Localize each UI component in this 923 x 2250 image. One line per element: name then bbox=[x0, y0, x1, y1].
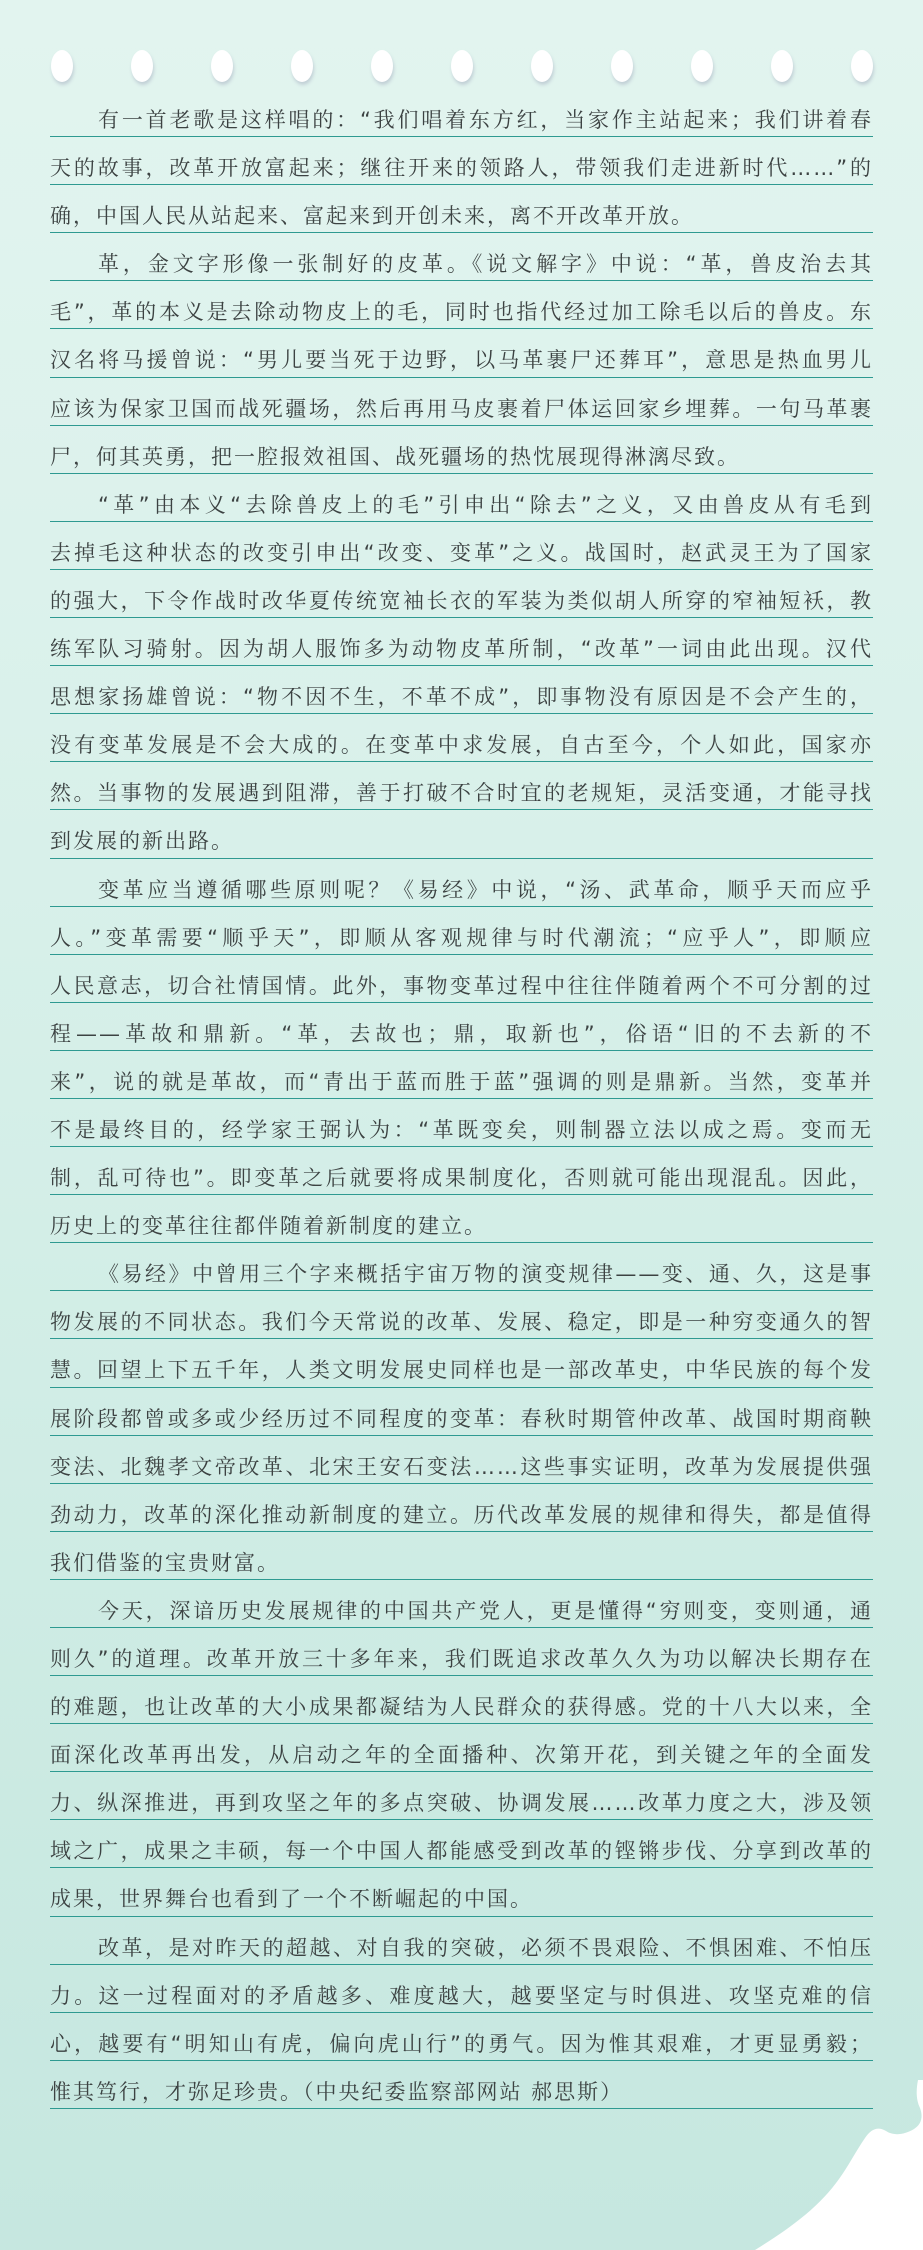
text-line: 人。”变革需要“顺乎天”，即顺从客观规律与时代潮流；“应乎人”，即顺应 bbox=[50, 907, 873, 955]
text-line: 历史上的变革往往都伴随着新制度的建立。 bbox=[50, 1195, 873, 1243]
binder-hole bbox=[611, 50, 633, 82]
text-line: 练军队习骑射。因为胡人服饰多为动物皮革所制，“改革”一词由此出现。汉代 bbox=[50, 618, 873, 666]
binder-hole bbox=[131, 50, 153, 82]
text-line: 变法、北魏孝文帝改革、北宋王安石变法……这些事实证明，改革为发展提供强 bbox=[50, 1436, 873, 1484]
text-line: 力、纵深推进，再到攻坚之年的多点突破、协调发展……改革力度之大，涉及领 bbox=[50, 1772, 873, 1820]
text-line: 程——革故和鼎新。“革，去故也；鼎，取新也”，俗语“旧的不去新的不 bbox=[50, 1003, 873, 1051]
paragraph: 有一首老歌是这样唱的：“我们唱着东方红，当家作主站起来；我们讲着春天的故事，改革… bbox=[50, 89, 873, 233]
text-line: 今天，深谙历史发展规律的中国共产党人，更是懂得“穷则变，变则通，通 bbox=[50, 1580, 873, 1628]
text-line: 心，越要有“明知山有虎，偏向虎山行”的勇气。因为惟其艰难，才更显勇毅； bbox=[50, 2013, 873, 2061]
text-line: 毛”，革的本义是去除动物皮上的毛，同时也指代经过加工除毛以后的兽皮。东 bbox=[50, 281, 873, 329]
text-line: 尸，何其英勇，把一腔报效祖国、战死疆场的热忱展现得淋漓尽致。 bbox=[50, 426, 873, 474]
text-line: 我们借鉴的宝贵财富。 bbox=[50, 1532, 873, 1580]
text-line: 变革应当遵循哪些原则呢？《易经》中说，“汤、武革命，顺乎天而应乎 bbox=[50, 859, 873, 907]
text-line: 去掉毛这种状态的改变引申出“改变、变革”之义。战国时，赵武灵王为了国家 bbox=[50, 522, 873, 570]
text-line: 汉名将马援曾说：“男儿要当死于边野，以马革裹尸还葬耳”，意思是热血男儿 bbox=[50, 329, 873, 377]
text-line: 制，乱可待也”。即变革之后就要将成果制度化，否则就可能出现混乱。因此， bbox=[50, 1147, 873, 1195]
paragraph: 变革应当遵循哪些原则呢？《易经》中说，“汤、武革命，顺乎天而应乎人。”变革需要“… bbox=[50, 859, 873, 1244]
article-body: 有一首老歌是这样唱的：“我们唱着东方红，当家作主站起来；我们讲着春天的故事，改革… bbox=[50, 89, 873, 2109]
text-line: 然。当事物的发展遇到阻滞，善于打破不合时宜的老规矩，灵活变通，才能寻找 bbox=[50, 762, 873, 810]
text-line: 不是最终目的，经学家王弼认为：“革既变矣，则制器立法以成之焉。变而无 bbox=[50, 1099, 873, 1147]
text-line: 确，中国人民从站起来、富起来到开创未来，离不开改革开放。 bbox=[50, 185, 873, 233]
text-line: 劲动力，改革的深化推动新制度的建立。历代改革发展的规律和得失，都是值得 bbox=[50, 1484, 873, 1532]
binder-hole bbox=[451, 50, 473, 82]
page-corner-curve bbox=[723, 2080, 923, 2250]
text-line: 面深化改革再出发，从启动之年的全面播种、次第开花，到关键之年的全面发 bbox=[50, 1724, 873, 1772]
binder-hole bbox=[851, 50, 873, 82]
text-line: 人民意志，切合社情国情。此外，事物变革过程中往往伴随着两个不可分割的过 bbox=[50, 955, 873, 1003]
notebook-page: { "page": { "background_top_color": "#e2… bbox=[0, 0, 923, 2250]
text-line: 应该为保家卫国而战死疆场，然后再用马皮裹着尸体运回家乡埋葬。一句马革裹 bbox=[50, 378, 873, 426]
paragraph: “革”由本义“去除兽皮上的毛”引申出“除去”之义，又由兽皮从有毛到去掉毛这种状态… bbox=[50, 474, 873, 859]
binder-hole bbox=[211, 50, 233, 82]
paragraph: 今天，深谙历史发展规律的中国共产党人，更是懂得“穷则变，变则通，通则久”的道理。… bbox=[50, 1580, 873, 1917]
text-line: 思想家扬雄曾说：“物不因不生，不革不成”，即事物没有原因是不会产生的， bbox=[50, 666, 873, 714]
text-line: 的强大，下令作战时改华夏传统宽袖长衣的军装为类似胡人所穿的窄袖短袄，教 bbox=[50, 570, 873, 618]
text-line: 有一首老歌是这样唱的：“我们唱着东方红，当家作主站起来；我们讲着春 bbox=[50, 89, 873, 137]
text-line: 则久”的道理。改革开放三十多年来，我们既追求改革久久为功以解决长期存在 bbox=[50, 1628, 873, 1676]
text-line: “革”由本义“去除兽皮上的毛”引申出“除去”之义，又由兽皮从有毛到 bbox=[50, 474, 873, 522]
text-line: 成果，世界舞台也看到了一个不断崛起的中国。 bbox=[50, 1868, 873, 1916]
text-line: 慧。回望上下五千年，人类文明发展史同样也是一部改革史，中华民族的每个发 bbox=[50, 1339, 873, 1387]
text-line: 革，金文字形像一张制好的皮革。《说文解字》中说：“革，兽皮治去其 bbox=[50, 233, 873, 281]
binder-hole bbox=[691, 50, 713, 82]
text-line: 没有变革发展是不会大成的。在变革中求发展，自古至今，个人如此，国家亦 bbox=[50, 714, 873, 762]
binder-hole bbox=[51, 50, 73, 82]
text-line: 到发展的新出路。 bbox=[50, 810, 873, 858]
text-line: 天的故事，改革开放富起来；继往开来的领路人，带领我们走进新时代……”的 bbox=[50, 137, 873, 185]
text-line: 展阶段都曾或多或少经历过不同程度的变革：春秋时期管仲改革、战国时期商鞅 bbox=[50, 1388, 873, 1436]
text-line: 物发展的不同状态。我们今天常说的改革、发展、稳定，即是一种穷变通久的智 bbox=[50, 1291, 873, 1339]
binder-hole bbox=[291, 50, 313, 82]
binder-holes-row bbox=[51, 50, 873, 82]
binder-hole bbox=[531, 50, 553, 82]
paragraph: 革，金文字形像一张制好的皮革。《说文解字》中说：“革，兽皮治去其毛”，革的本义是… bbox=[50, 233, 873, 473]
paragraph: 《易经》中曾用三个字来概括宇宙万物的演变规律——变、通、久，这是事物发展的不同状… bbox=[50, 1243, 873, 1580]
text-line: 的难题，也让改革的大小成果都凝结为人民群众的获得感。党的十八大以来，全 bbox=[50, 1676, 873, 1724]
binder-hole bbox=[771, 50, 793, 82]
binder-hole bbox=[371, 50, 393, 82]
text-line: 来”，说的就是革故，而“青出于蓝而胜于蓝”强调的则是鼎新。当然，变革并 bbox=[50, 1051, 873, 1099]
text-line: 改革，是对昨天的超越、对自我的突破，必须不畏艰险、不惧困难、不怕压 bbox=[50, 1917, 873, 1965]
text-line: 力。这一过程面对的矛盾越多、难度越大，越要坚定与时俱进、攻坚克难的信 bbox=[50, 1965, 873, 2013]
text-line: 《易经》中曾用三个字来概括宇宙万物的演变规律——变、通、久，这是事 bbox=[50, 1243, 873, 1291]
text-line: 域之广，成果之丰硕，每一个中国人都能感受到改革的铿锵步伐、分享到改革的 bbox=[50, 1820, 873, 1868]
